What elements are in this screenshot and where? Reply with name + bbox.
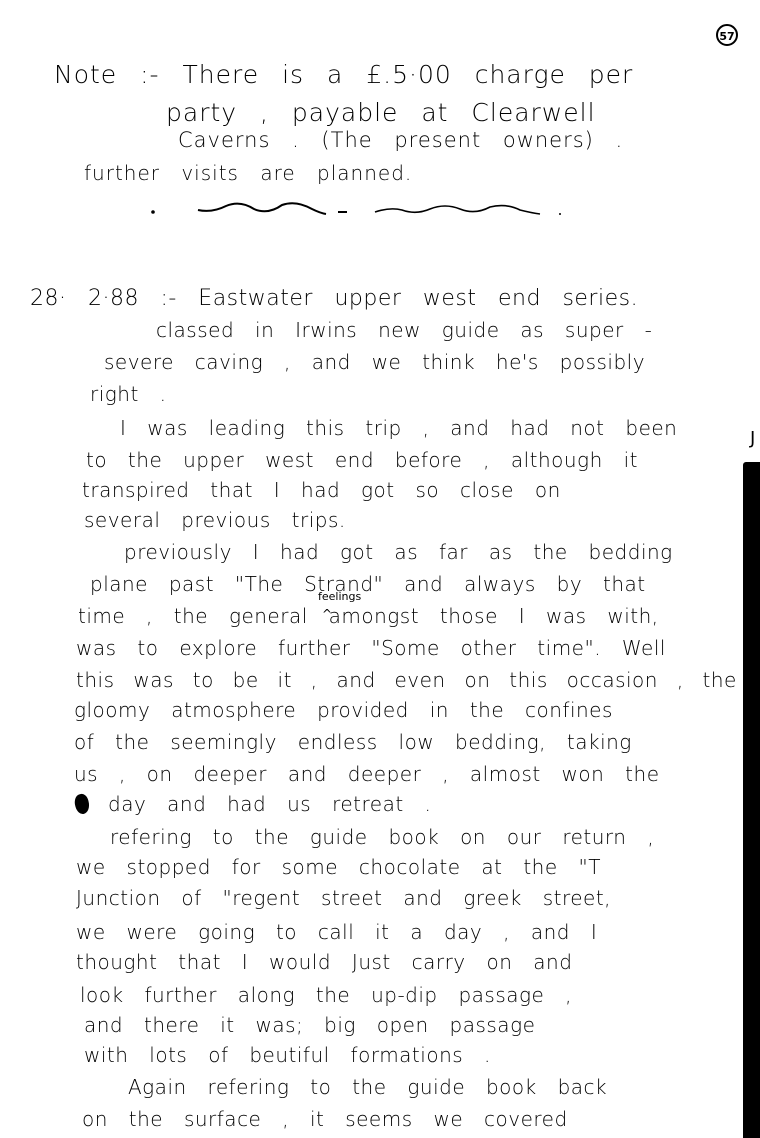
entry-line-25: with lots of beutiful formations . — [84, 1043, 491, 1067]
entry-line-24: and there it was; big open passage — [84, 1013, 535, 1037]
entry-line-1: 28· 2·88 :- Eastwater upper west end ser… — [30, 286, 638, 311]
entry-line-13: this was to be it , and even on this occ… — [76, 668, 737, 692]
entry-line-22: thought that I would Just carry on and — [76, 950, 572, 974]
entry-line-15: of the seemingly endless low bedding, ta… — [74, 730, 632, 754]
entry-line-10: plane past "The Strand" and always by th… — [90, 572, 646, 596]
entry-line-18: refering to the guide book on our return… — [110, 825, 654, 849]
page-number: 57 — [716, 24, 738, 46]
entry-line-14: gloomy atmosphere provided in the confin… — [74, 698, 613, 722]
entry-line-27: on the surface , it seems we covered — [82, 1107, 568, 1131]
entry-line-5: I was leading this trip , and had not be… — [120, 416, 677, 440]
insertion-feelings: feelings — [318, 590, 361, 603]
entry-line-21: we were going to call it a day , and I — [76, 920, 597, 944]
entry-line-2: classed in Irwins new guide as super - — [156, 318, 652, 342]
ink-blot — [73, 793, 92, 816]
scan-edge-bar — [743, 462, 760, 1138]
entry-line-12: was to explore further "Some other time"… — [76, 636, 666, 660]
entry-line-7: transpired that I had got so close on — [82, 478, 561, 502]
entry-line-8: several previous trips. — [84, 508, 346, 532]
entry-line-11: time , the general amongst those I was w… — [78, 604, 659, 628]
entry-line-17: day and had us retreat . — [108, 792, 431, 816]
note-line-1: Note :- There is a £.5·00 charge per — [54, 60, 633, 89]
note-line-2: party , payable at Clearwell — [166, 98, 596, 127]
entry-line-20: Junction of "regent street and greek str… — [76, 886, 611, 910]
scanned-page: 57 Note :- There is a £.5·00 charge per … — [0, 0, 760, 1138]
entry-line-6: to the upper west end before , although … — [86, 448, 638, 472]
entry-line-9: previously I had got as far as the beddi… — [124, 540, 673, 564]
entry-line-23: look further along the up-dip passage , — [80, 983, 572, 1007]
entry-line-3: severe caving , and we think he's possib… — [104, 350, 645, 374]
entry-line-26: Again refering to the guide book back — [128, 1075, 607, 1099]
entry-line-19: we stopped for some chocolate at the "T — [76, 855, 601, 879]
edge-fragment: J — [750, 428, 755, 449]
entry-line-4: right . — [90, 382, 167, 406]
wavy-divider — [140, 195, 580, 225]
entry-line-16: us , on deeper and deeper , almost won t… — [74, 762, 660, 786]
note-line-3: Caverns . (The present owners) . — [178, 128, 623, 152]
note-line-4: further visits are planned. — [84, 161, 412, 185]
